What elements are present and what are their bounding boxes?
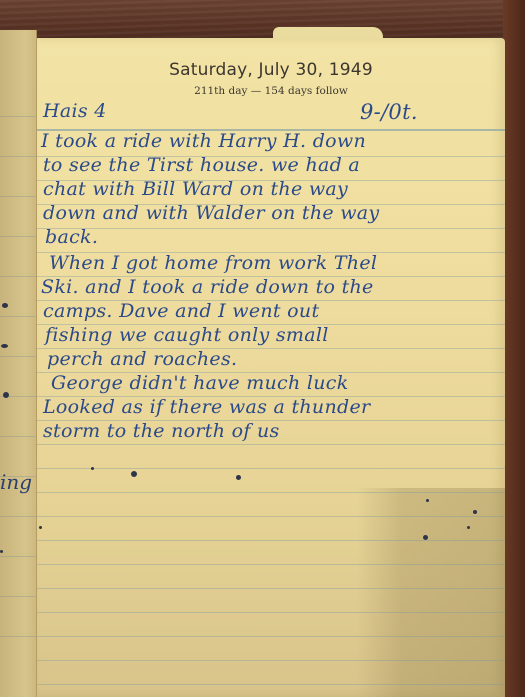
diary-line-2: to see the Tirst house. we had a xyxy=(43,154,511,176)
ruled-line xyxy=(0,556,36,557)
ruled-line xyxy=(0,276,36,277)
ink-spot xyxy=(236,475,241,480)
diary-line-11: George didn't have much luck xyxy=(51,372,519,394)
ruled-line xyxy=(0,156,36,157)
ruled-line xyxy=(0,636,36,637)
ruled-line xyxy=(0,436,36,437)
ruled-line xyxy=(0,596,36,597)
ink-spot xyxy=(131,471,137,477)
ink-spot xyxy=(91,467,94,470)
ruled-line xyxy=(37,588,505,589)
ruled-line xyxy=(0,316,36,317)
diary-line-8: camps. Dave and I went out xyxy=(43,300,511,322)
ruled-line xyxy=(37,636,505,637)
day-count: 211th day — 154 days follow xyxy=(37,85,505,97)
ink-spot xyxy=(423,535,428,540)
ink-spot xyxy=(0,550,3,553)
ruled-line xyxy=(0,356,36,357)
ruled-line xyxy=(0,236,36,237)
diary-line-6: When I got home from work Thel xyxy=(49,252,517,274)
wood-grain-texture xyxy=(0,0,525,40)
diary-line-10: perch and roaches. xyxy=(47,348,515,370)
diary-line-3: chat with Bill Ward on the way xyxy=(43,178,511,200)
ink-spot xyxy=(473,510,477,514)
ink-spot xyxy=(426,499,429,502)
ink-spot xyxy=(467,526,470,529)
date-heading: Saturday, July 30, 1949 xyxy=(37,60,505,80)
ruled-line xyxy=(37,660,505,661)
diary-line-4: down and with Walder on the way xyxy=(43,202,511,224)
ink-spot xyxy=(2,303,8,308)
ruled-line xyxy=(37,444,505,445)
ruled-line xyxy=(0,516,36,517)
previous-page-handwriting: ing xyxy=(0,470,32,494)
diary-line-5: back. xyxy=(45,226,513,248)
ruled-line xyxy=(37,516,505,517)
ruled-line xyxy=(37,540,505,541)
diary-line-12: Looked as if there was a thunder xyxy=(43,396,511,418)
diary-page: Saturday, July 30, 1949 211th day — 154 … xyxy=(36,38,505,697)
weather-note-right: 9-/0t. xyxy=(360,100,525,124)
ruled-line xyxy=(37,468,505,469)
ink-spot xyxy=(1,344,8,348)
ink-spot xyxy=(3,392,9,398)
diary-line-7: Ski. and I took a ride down to the xyxy=(41,276,509,298)
page-shadow xyxy=(357,488,505,697)
diary-line-9: fishing we caught only small xyxy=(45,324,513,346)
diary-line-13: storm to the north of us xyxy=(43,420,511,442)
ruled-line xyxy=(37,492,505,493)
ruled-line xyxy=(37,612,505,613)
ruled-line xyxy=(37,564,505,565)
previous-page-edge: ing xyxy=(0,30,37,697)
ruled-line xyxy=(0,116,36,117)
ink-spot xyxy=(39,526,42,529)
ruled-line xyxy=(37,684,505,685)
ruled-line xyxy=(0,196,36,197)
diary-line-1: I took a ride with Harry H. down xyxy=(41,130,509,152)
